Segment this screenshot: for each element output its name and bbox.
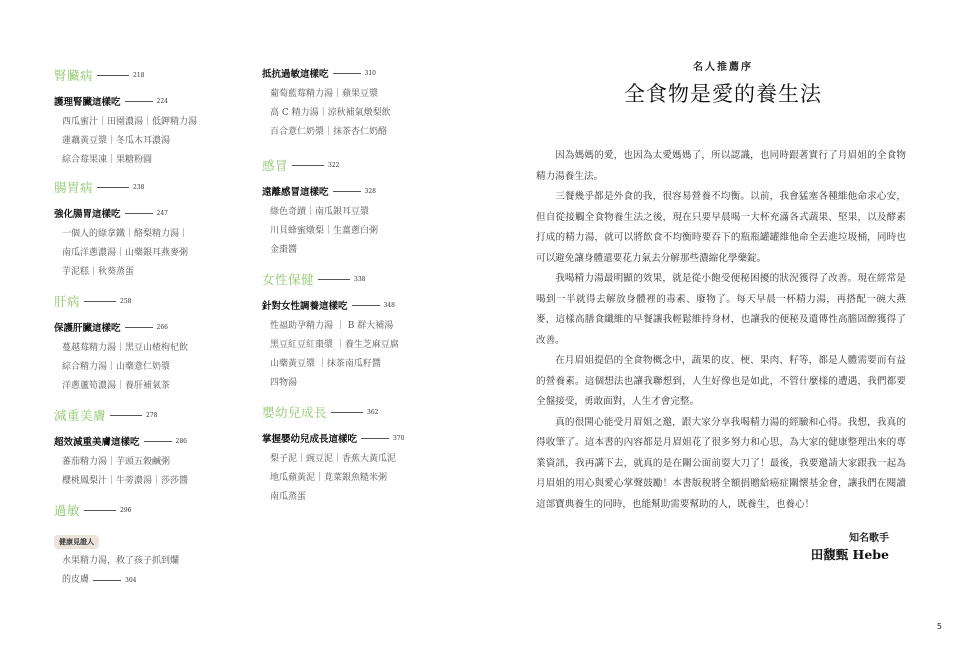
leader-line (125, 327, 153, 328)
subsection-title: 掌握嬰幼兒成長這樣吃 (262, 431, 357, 445)
category-title: 過敏 (54, 501, 80, 519)
page-ref: 348 (384, 302, 395, 309)
subsection-title: 護理腎臟這樣吃 (54, 94, 121, 108)
page-ref: 296 (120, 507, 131, 514)
page-ref: 247 (157, 210, 168, 217)
subsection-title: 遠離感冒這樣吃 (262, 184, 329, 198)
recipe-list-item: 蓮藕黃豆漿｜冬瓜木耳濃湯 (62, 132, 254, 151)
preface-body: 因為媽媽的愛，也因為太愛媽媽了，所以認識，也同時跟著實行了月眉姐的全食物精力湯養… (536, 146, 906, 515)
subsection-title: 針對女性調養這樣吃 (262, 298, 348, 312)
recipe-list-item: 洋蔥蘆筍濃湯｜養肝補氣茶 (62, 377, 254, 396)
subsection-heading[interactable]: 遠離感冒這樣吃 328 (262, 184, 482, 198)
testimonial-item-continued[interactable]: 的皮膚 304 (62, 571, 254, 590)
preface-label: 名人推薦序 (482, 58, 964, 73)
recipe-list-item: 南瓜蒸蛋 (270, 488, 482, 507)
page-ref: 286 (176, 438, 187, 445)
leader-line (361, 438, 389, 439)
category-heading[interactable]: 過敏 296 (54, 501, 254, 519)
recipe-list-item: 綜合精力湯｜山藥薏仁奶漿 (62, 358, 254, 377)
leader-line (318, 279, 350, 280)
page-ref: 258 (120, 298, 131, 305)
leader-line (110, 415, 142, 416)
page-ref: 224 (157, 98, 168, 105)
recipe-list-item: 南瓜洋蔥濃湯｜山藥銀耳燕麥粥 (62, 244, 254, 263)
page-ref: 304 (125, 571, 136, 590)
category-title: 腸胃病 (54, 178, 93, 196)
preface-title: 全食物是愛的養生法 (482, 78, 964, 108)
category-heading[interactable]: 減重美膚 278 (54, 406, 254, 424)
paragraph: 我喝精力湯最明顯的效果，就是從小飽受便秘困擾的狀況獲得了改善。現在經常是喝到一半… (536, 269, 906, 351)
leader-line (97, 75, 129, 76)
recipe-list-item: 芋泥糕｜秋葵蒸蛋 (62, 263, 254, 282)
page-ref: 362 (367, 409, 378, 416)
testimonial-badge: 健康見證人 (54, 535, 99, 549)
paragraph: 在月眉姐提倡的全食物概念中，蔬果的皮、梗、果肉、籽等，都是人體需要而有益的營養素… (536, 351, 906, 413)
subsection-heading[interactable]: 超效減重美膚這樣吃 286 (54, 434, 254, 448)
preface-page: 名人推薦序 全食物是愛的養生法 因為媽媽的愛，也因為太愛媽媽了，所以認識，也同時… (482, 0, 964, 652)
toc-section-allergy: 過敏 296 健康見證人 水果精力湯，救了孩子抓到爛 的皮膚 304 (54, 501, 254, 590)
leader-line (93, 580, 121, 581)
subsection-title: 保護肝臟這樣吃 (54, 320, 121, 334)
toc-section-womens-health: 女性保健 338 針對女性調養這樣吃 348 性福助孕精力湯 ｜ B 群大補湯 … (262, 270, 482, 393)
page-ref: 218 (133, 72, 144, 79)
category-title: 嬰幼兒成長 (262, 403, 327, 421)
category-heading[interactable]: 嬰幼兒成長 362 (262, 403, 482, 421)
testimonial-text: 的皮膚 (62, 571, 89, 590)
subsection-heading[interactable]: 保護肝臟這樣吃 266 (54, 320, 254, 334)
leader-line (352, 305, 380, 306)
leader-line (144, 441, 172, 442)
subsection-title: 超效減重美膚這樣吃 (54, 434, 140, 448)
page-ref: 266 (157, 324, 168, 331)
leader-line (125, 213, 153, 214)
recipe-list-item: 川貝蜂蜜燉梨｜生薑蔥白粥 (270, 222, 482, 241)
category-title: 腎臟病 (54, 66, 93, 84)
subsection-heading[interactable]: 護理腎臟這樣吃 224 (54, 94, 254, 108)
leader-line (84, 301, 116, 302)
recipe-list-item: 黑豆紅豆紅棗漿 ｜養生芝麻豆腐 (270, 336, 482, 355)
recipe-list-item: 山藥黃豆漿 ｜抹茶南瓜籽醬 (270, 355, 482, 374)
subsection-heading[interactable]: 抵抗過敏這樣吃 310 (262, 66, 482, 80)
page-ref: 310 (365, 70, 376, 77)
page-ref: 370 (393, 435, 404, 442)
toc-column-a: 腎臟病 218 護理腎臟這樣吃 224 西瓜蜜汁｜田園濃湯｜低鉀精力湯 蓮藕黃豆… (54, 66, 254, 590)
subsection-heading[interactable]: 掌握嬰幼兒成長這樣吃 370 (262, 431, 482, 445)
leader-line (331, 412, 363, 413)
leader-line (333, 73, 361, 74)
category-heading[interactable]: 肝病 258 (54, 292, 254, 310)
subsection-heading[interactable]: 針對女性調養這樣吃 348 (262, 298, 482, 312)
testimonial-item[interactable]: 水果精力湯，救了孩子抓到爛 (62, 552, 254, 571)
page-number: 5 (937, 622, 942, 631)
signature-role: 知名歌手 (849, 529, 889, 544)
paragraph: 因為媽媽的愛，也因為太愛媽媽了，所以認識，也同時跟著實行了月眉姐的全食物精力湯養… (536, 146, 906, 187)
signature-name: 田馥甄 Hebe (811, 545, 889, 563)
toc-section-weight-loss: 減重美膚 278 超效減重美膚這樣吃 286 蕃茄精力湯｜芋頭五穀鹹粥 櫻桃鳳梨… (54, 406, 254, 491)
toc-section-infant-growth: 嬰幼兒成長 362 掌握嬰幼兒成長這樣吃 370 梨子泥｜豌豆泥｜香蕉大黃瓜泥 … (262, 403, 482, 507)
subsection-title: 抵抗過敏這樣吃 (262, 66, 329, 80)
category-heading[interactable]: 感冒 322 (262, 156, 482, 174)
page-ref: 322 (328, 162, 339, 169)
page-ref: 278 (146, 412, 157, 419)
recipe-list-item: 蔓越莓精力湯｜黑豆山楂枸杞飲 (62, 339, 254, 358)
recipe-list-item: 綠色奇蹟｜南瓜銀耳豆漿 (270, 203, 482, 222)
leader-line (125, 101, 153, 102)
recipe-list-item: 性福助孕精力湯 ｜ B 群大補湯 (270, 317, 482, 336)
page-ref: 238 (133, 184, 144, 191)
leader-line (97, 187, 129, 188)
page-ref: 328 (365, 188, 376, 195)
toc-section-gastro: 腸胃病 238 強化腸胃這樣吃 247 一個人的綠拿鐵｜酪梨精力湯｜ 南瓜洋蔥濃… (54, 178, 254, 282)
recipe-list-item: 西瓜蜜汁｜田園濃湯｜低鉀精力湯 (62, 113, 254, 132)
page-ref: 338 (354, 276, 365, 283)
leader-line (84, 510, 116, 511)
paragraph: 三餐幾乎都是外食的我，很容易營養不均衡。以前，我會猛塞各種維他命求心安，但自從接… (536, 187, 906, 269)
subsection-heading[interactable]: 強化腸胃這樣吃 247 (54, 206, 254, 220)
category-heading[interactable]: 腸胃病 238 (54, 178, 254, 196)
category-heading[interactable]: 女性保健 338 (262, 270, 482, 288)
recipe-list-item: 綜合莓果凍｜果糖粉圓 (62, 151, 254, 170)
recipe-list-item: 櫻桃鳳梨汁｜牛蒡濃湯｜莎莎醬 (62, 472, 254, 491)
recipe-list-item: 葡萄藍莓精力湯｜蘋果豆漿 (270, 85, 482, 104)
recipe-list-item: 百合薏仁奶漿｜抹茶杏仁奶酪 (270, 123, 482, 142)
recipe-list-item: 四物湯 (270, 374, 482, 393)
toc-section-liver: 肝病 258 保護肝臟這樣吃 266 蔓越莓精力湯｜黑豆山楂枸杞飲 綜合精力湯｜… (54, 292, 254, 396)
table-of-contents-page: 腎臟病 218 護理腎臟這樣吃 224 西瓜蜜汁｜田園濃湯｜低鉀精力湯 蓮藕黃豆… (0, 0, 482, 652)
recipe-list-item: 高 C 精力湯｜涼秋補氣燉梨飲 (270, 104, 482, 123)
category-title: 女性保健 (262, 270, 314, 288)
toc-section-kidney: 腎臟病 218 護理腎臟這樣吃 224 西瓜蜜汁｜田園濃湯｜低鉀精力湯 蓮藕黃豆… (54, 66, 254, 170)
recipe-list-item: 金棗醬 (270, 241, 482, 260)
subsection-title: 強化腸胃這樣吃 (54, 206, 121, 220)
recipe-list-item: 梨子泥｜豌豆泥｜香蕉大黃瓜泥 (270, 450, 482, 469)
category-title: 感冒 (262, 156, 288, 174)
recipe-list-item: 一個人的綠拿鐵｜酪梨精力湯｜ (62, 225, 254, 244)
paragraph: 真的很開心能受月眉姐之邀，跟大家分享我喝精力湯的經驗和心得。我想，我真的得收筆了… (536, 413, 906, 516)
category-heading[interactable]: 腎臟病 218 (54, 66, 254, 84)
toc-section-cold: 感冒 322 遠離感冒這樣吃 328 綠色奇蹟｜南瓜銀耳豆漿 川貝蜂蜜燉梨｜生薑… (262, 156, 482, 260)
recipe-list-item: 蕃茄精力湯｜芋頭五穀鹹粥 (62, 453, 254, 472)
recipe-list-item: 地瓜蘋黃泥｜莧菜銀魚糙米粥 (270, 469, 482, 488)
toc-column-b: 抵抗過敏這樣吃 310 葡萄藍莓精力湯｜蘋果豆漿 高 C 精力湯｜涼秋補氣燉梨飲… (262, 66, 482, 507)
leader-line (292, 165, 324, 166)
leader-line (333, 191, 361, 192)
toc-section-allergy-continued: 抵抗過敏這樣吃 310 葡萄藍莓精力湯｜蘋果豆漿 高 C 精力湯｜涼秋補氣燉梨飲… (262, 66, 482, 142)
category-title: 減重美膚 (54, 406, 106, 424)
category-title: 肝病 (54, 292, 80, 310)
